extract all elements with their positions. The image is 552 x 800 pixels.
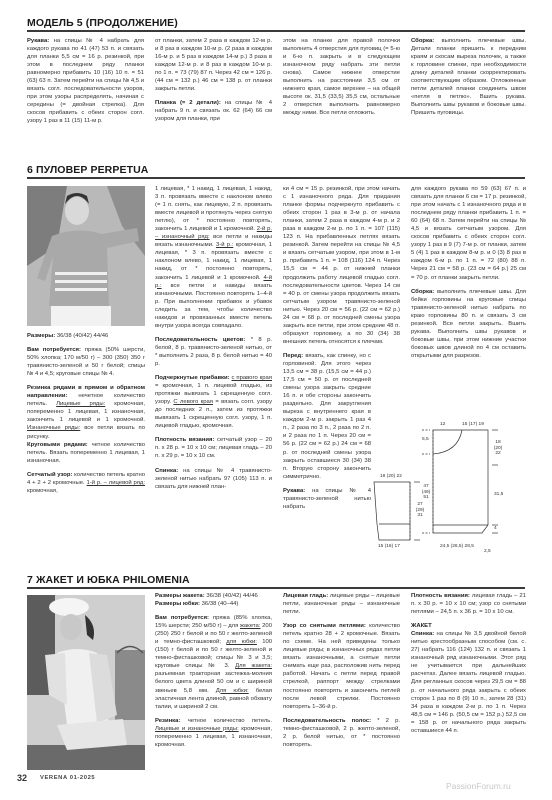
slit-dim: 4: [494, 526, 497, 532]
model6-col4: для каждого рукава по 59 (63) 67 п. и св…: [411, 185, 526, 366]
body-bottom-dim: 24,5 (26,5) 28,5: [440, 544, 474, 550]
watermark: PassionForum.ru: [446, 781, 511, 791]
neck-depth-dim: 6,5: [422, 437, 429, 443]
model7-col2: Размеры жакета: 36/38 (40/42) 44/46 Разм…: [155, 592, 272, 755]
magazine-issue: VERENA 01-2025: [40, 775, 95, 781]
section-rule: [27, 177, 525, 179]
model5-col4: Сборка: выполнить плечевые швы. Детали п…: [411, 37, 526, 123]
model5-col3: этом на планке для правой полочки выполн…: [283, 37, 400, 123]
model5-col2: от планки, затем 2 раза в каждом 12-м р.…: [155, 37, 272, 129]
body-top-left-dim: 12: [440, 422, 445, 428]
model7-photo: [27, 595, 145, 770]
model7-col3: Лицевая гладь: лицевые ряды – лицевые пе…: [283, 592, 400, 755]
model-photo-illustration: [27, 595, 145, 770]
body-bottom-right-dim: 2,5: [484, 549, 491, 555]
sleeve-top-dim: 18 (20) 22: [380, 474, 402, 480]
sleeve-bottom-dim: 15 (16) 17: [378, 544, 400, 550]
jacket-heading: ЖАКЕТ: [411, 623, 432, 629]
model6-col2: 1 лицевая, * 1 накид, 1 лицевая, 1 накид…: [155, 185, 272, 497]
armhole-dim: 18 (20) 22: [492, 440, 504, 457]
label: Рукава:: [27, 38, 49, 44]
body-height-dim: 47 (49) 51: [420, 484, 432, 501]
model5-col1: Рукава: на спицы № 4 набрать для каждого…: [27, 37, 144, 132]
sleeve-height-dim: 27 (29) 31: [414, 502, 426, 519]
body-top-right-dim: 15 (17) 19: [462, 422, 484, 428]
model-photo-illustration: [27, 186, 145, 326]
pattern-schematic: 18 (20) 22 27 (29) 31 15 (16) 17 12 15 (…: [370, 410, 540, 560]
schematic-drawing: [370, 410, 540, 560]
sizes-value: 36/38 (40/42) 44/46: [57, 333, 108, 339]
model7-col4: Плотность вязания: лицевая гладь – 21 п.…: [411, 592, 526, 741]
section-rule: [27, 587, 525, 589]
side-length-dim: 31,5: [494, 492, 503, 498]
model6-photo: [27, 186, 145, 326]
section-title-model6: 6 ПУЛОВЕР PERPETUA: [27, 164, 148, 176]
page-number: 32: [17, 773, 27, 783]
section-title-model7: 7 ЖАКЕТ И ЮБКА PHILOMENIA: [27, 574, 190, 586]
section-rule: [27, 30, 525, 32]
model6-col1: Размеры: 36/38 (40/42) 44/46 Вам потребу…: [27, 332, 145, 501]
section-title-model5: МОДЕЛЬ 5 (ПРОДОЛЖЕНИЕ): [27, 17, 178, 29]
